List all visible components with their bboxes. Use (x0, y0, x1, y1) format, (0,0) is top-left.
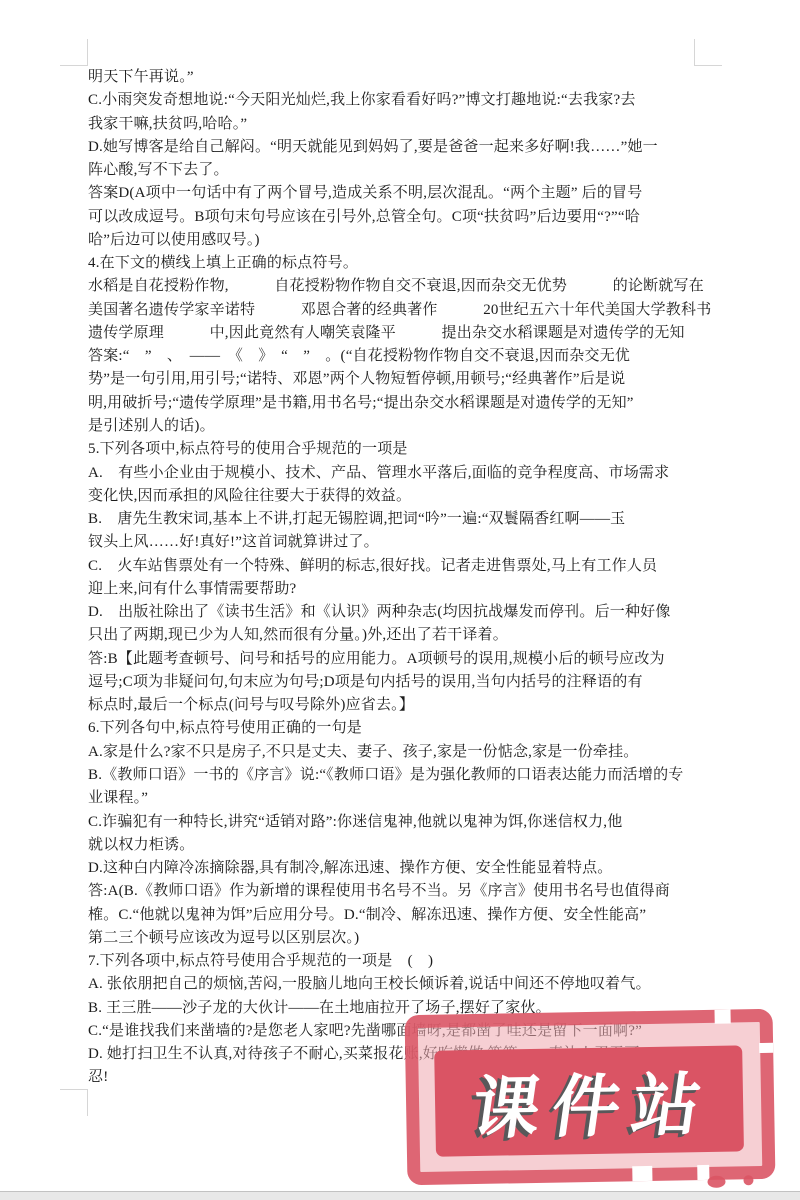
text-line: 7.下列各项中,标点符号使用合乎规范的一项是 ( ) (88, 950, 706, 973)
text-line: 水稻是自花授粉作物, 自花授粉物作物自交不衰退,因而杂交无优势 的论断就写在 (88, 275, 706, 298)
text-line: B.《教师口语》一书的《序言》说:“《教师口语》是为强化教师的口语表达能力而活增… (88, 764, 706, 787)
stamp-frame-nick (697, 1165, 709, 1180)
text-boundary-mark-top-right (694, 39, 722, 66)
text-line: A.家是什么?家不只是房子,不只是丈夫、妻子、孩子,家是一份惦念,家是一份牵挂。 (88, 741, 706, 764)
text-line: 是引述别人的话)。 (88, 415, 706, 438)
stamp-ink-blob (743, 1175, 753, 1185)
text-line: 阵心酸,写不下去了。 (88, 159, 706, 182)
text-line: 迎上来,问有什么事情需要帮助? (88, 578, 706, 601)
text-line: 业课程。” (88, 787, 706, 810)
text-line: 我家干嘛,扶贫吗,哈哈。” (88, 113, 706, 136)
text-line: B. 唐先生教宋词,基本上不讲,打起无锡腔调,把词“吟”一遍:“双鬟隔香红啊——… (88, 508, 706, 531)
text-line: D. 出版社除出了《读书生活》和《认识》两种杂志(均因抗战爆发而停刊。后一种好像 (88, 601, 706, 624)
text-line: A. 有些小企业由于规模小、技术、产品、管理水平落后,面临的竞争程度高、市场需求 (88, 462, 706, 485)
document-text: 明天下午再说。”C.小雨突发奇想地说:“今天阳光灿烂,我上你家看看好吗?”博文打… (88, 66, 706, 1090)
kejianzhan-stamp-watermark: 课件站 (405, 1009, 776, 1185)
text-line: 答案:“ ” 、 —— 《 》 “ ” 。(“自花授粉物作物自交不衰退,因而杂交… (88, 345, 706, 368)
window-bottom-edge (0, 1191, 800, 1200)
text-line: 答:B【此题考查顿号、问号和括号的应用能力。A项顿号的误用,规模小后的顿号应改为 (88, 648, 706, 671)
text-line: D.这种白内障冷冻摘除器,具有制冷,解冻迅速、操作方便、安全性能显着特点。 (88, 857, 706, 880)
text-line: 势”是一句引用,用引号;“诺特、邓恩”两个人物短暂停顿,用顿号;“经典著作”后是… (88, 368, 706, 391)
text-line: C. 火车站售票处有一个特殊、鲜明的标志,很好找。记者走进售票处,马上有工作人员 (88, 555, 706, 578)
text-line: 6.下列各句中,标点符号使用正确的一句是 (88, 717, 706, 740)
text-line: 4.在下文的横线上填上正确的标点符号。 (88, 252, 706, 275)
document-page: 明天下午再说。”C.小雨突发奇想地说:“今天阳光灿烂,我上你家看看好吗?”博文打… (0, 0, 800, 1200)
text-line: A. 张依朋把自己的烦恼,苦闷,一股脑儿地向王校长倾诉着,说话中间还不停地叹着气… (88, 973, 706, 996)
text-line: 答案D(A项中一句话中有了两个冒号,造成关系不明,层次混乱。“两个主题” 后的冒… (88, 182, 706, 205)
text-line: 变化快,因而承担的风险往往要大于获得的效益。 (88, 485, 706, 508)
text-line: 答:A(B.《教师口语》作为新增的课程使用书名号不当。另《序言》使用书名号也值得… (88, 880, 706, 903)
text-line: D.她写博客是给自己解闷。“明天就能见到妈妈了,要是爸爸一起来多好啊!我……”她… (88, 136, 706, 159)
stamp-ink-blob (707, 1176, 725, 1188)
text-line: 明,用破折号;“遗传学原理”是书籍,用书名号;“提出杂交水稻课题是对遗传学的无知… (88, 392, 706, 415)
text-line: 可以改成逗号。B项句末句号应该在引号外,总管全句。C项“扶贫吗”后边要用“?”“… (88, 206, 706, 229)
text-line: 就以权力柜诱。 (88, 834, 706, 857)
text-line: 明天下午再说。” (88, 66, 706, 89)
text-line: 标点时,最后一个标点(问号与叹号除外)应省去。】 (88, 694, 706, 717)
stamp-text: 课件站 (458, 1050, 720, 1152)
text-boundary-mark-bottom-left (60, 1089, 88, 1116)
text-boundary-mark-top-left (60, 39, 88, 66)
text-line: 只出了两期,现已少为人知,然而很有分量。)外,还出了若干译着。 (88, 624, 706, 647)
text-line: 钗头上风……好!真好!”这首词就算讲过了。 (88, 531, 706, 554)
stamp-frame-nick (632, 1166, 652, 1181)
text-line: C.小雨突发奇想地说:“今天阳光灿烂,我上你家看看好吗?”博文打趣地说:“去我家… (88, 89, 706, 112)
text-line: 第二三个顿号应该改为逗号以区别层次。) (88, 927, 706, 950)
stamp-inner-block: 课件站 (434, 1045, 744, 1156)
text-line: 逗号;C项为非疑问句,句末应为句号;D项是句内括号的误用,当句内括号的注释语的有 (88, 671, 706, 694)
text-line: 榷。C.“他就以鬼神为饵”后应用分号。D.“制冷、解冻迅速、操作方便、安全性能高… (88, 904, 706, 927)
text-line: 美国著名遗传学家辛诺特 邓恩合著的经典著作 20世纪五六十年代美国大学教科书 (88, 299, 706, 322)
text-line: 哈”后边可以使用感叹号。) (88, 229, 706, 252)
text-line: 遗传学原理 中,因此竟然有人嘲笑袁隆平 提出杂交水稻课题是对遗传学的无知 (88, 322, 706, 345)
text-line: 5.下列各项中,标点符号的使用合乎规范的一项是 (88, 438, 706, 461)
stamp-frame-nick (714, 1010, 730, 1024)
stamp-frame-nick (759, 1043, 773, 1053)
text-line: C.诈骗犯有一种特长,讲究“适销对路”:你迷信鬼神,他就以鬼神为饵,你迷信权力,… (88, 811, 706, 834)
